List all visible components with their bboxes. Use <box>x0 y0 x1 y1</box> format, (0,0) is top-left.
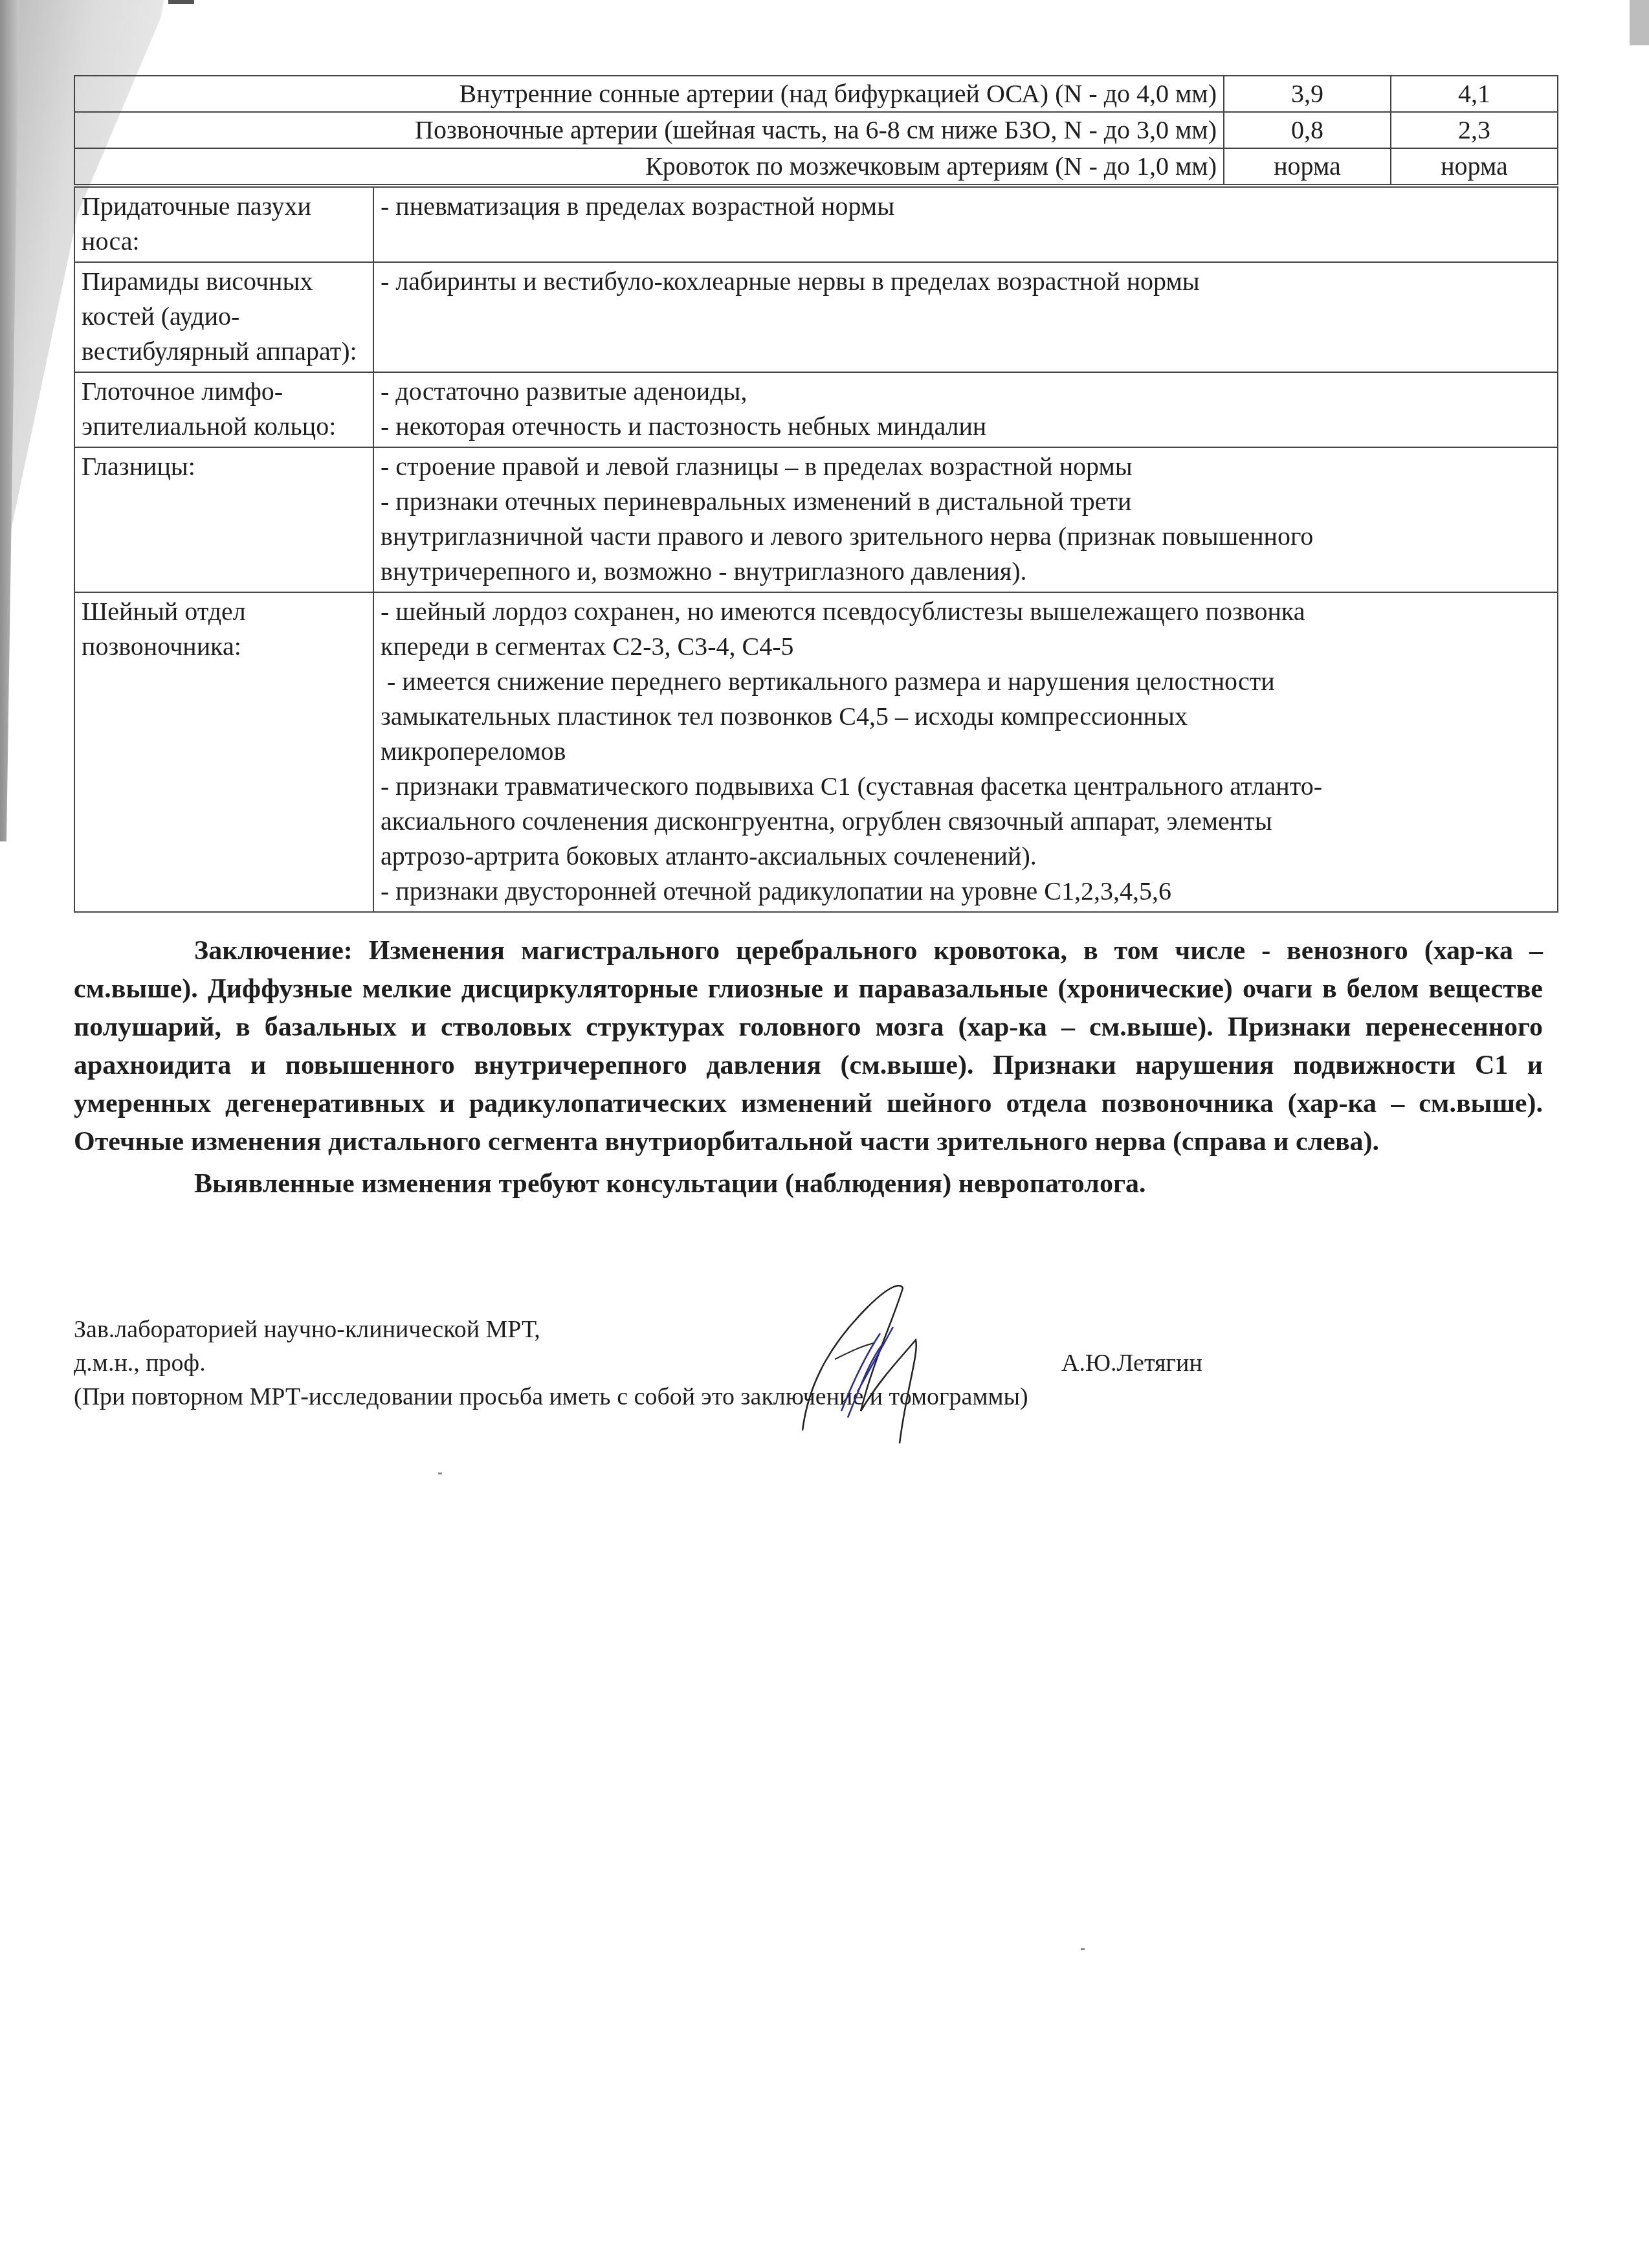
findings-area: Шейный отдел позвоночника: <box>74 592 373 912</box>
measurement-left-value: 2,3 <box>1391 112 1558 148</box>
finding-line: - строение правой и левой глазницы – в п… <box>381 449 1551 484</box>
measurement-left-value: 4,1 <box>1391 76 1558 112</box>
finding-line: - пневматизация в пределах возрастной но… <box>381 189 1551 224</box>
finding-line: - признаки двусторонней отечной радикуло… <box>381 874 1551 909</box>
area-label: Глоточное лимфо- <box>82 374 366 409</box>
signer-degree: д.м.н., проф. <box>74 1346 206 1380</box>
finding-line: - имеется снижение переднего вертикально… <box>381 664 1551 699</box>
finding-line: замыкательных пластинок тел позвонков С4… <box>381 699 1551 734</box>
table-row: Глоточное лимфо- эпителиальной кольцо: -… <box>74 372 1558 447</box>
scan-speck <box>438 1473 442 1474</box>
finding-line: - шейный лордоз сохранен, но имеются псе… <box>381 594 1551 629</box>
measurement-left-value: норма <box>1391 148 1558 184</box>
table-row: Глазницы: - строение правой и левой глаз… <box>74 447 1558 592</box>
measurement-label: Позвоночные артерии (шейная часть, на 6-… <box>74 112 1224 148</box>
finding-line: кпереди в сегментах С2-3, С3-4, С4-5 <box>381 629 1551 664</box>
area-label: Придаточные пазухи <box>82 189 366 224</box>
handwritten-signature-icon <box>796 1282 951 1450</box>
area-label: позвоночника: <box>82 629 366 664</box>
findings-area: Пирамиды височных костей (аудио- вестибу… <box>74 262 373 372</box>
conclusion-text: Заключение: Изменения магистрального цер… <box>74 932 1543 1161</box>
recommendation-text: Выявленные изменения требуют консультаци… <box>74 1165 1543 1203</box>
measurement-label: Внутренние сонные артерии (над бифуркаци… <box>74 76 1224 112</box>
area-label: Пирамиды височных <box>82 264 366 299</box>
area-label: эпителиальной кольцо: <box>82 409 366 444</box>
findings-area: Глазницы: <box>74 447 373 592</box>
measurements-table: Внутренние сонные артерии (над бифуркаци… <box>74 75 1558 185</box>
finding-line: - некоторая отечность и пастозность небн… <box>381 409 1551 444</box>
finding-line: артрозо-артрита боковых атланто-аксиальн… <box>381 839 1551 874</box>
measurement-right-value: 0,8 <box>1224 112 1391 148</box>
measurement-label: Кровоток по мозжечковым артериям (N - до… <box>74 148 1224 184</box>
area-label: вестибулярный аппарат): <box>82 334 366 369</box>
findings-text: - пневматизация в пределах возрастной но… <box>373 187 1558 262</box>
measurement-right-value: норма <box>1224 148 1391 184</box>
signer-position: Зав.лабораторией научно-клинической МРТ, <box>74 1313 540 1346</box>
scan-speck <box>1081 1948 1085 1950</box>
area-label: Глазницы: <box>82 449 366 484</box>
findings-text: - шейный лордоз сохранен, но имеются псе… <box>373 592 1558 912</box>
finding-line: внутричерепного и, возможно - внутриглаз… <box>381 554 1551 589</box>
finding-line: - признаки травматического подвывиха С1 … <box>381 769 1551 804</box>
table-row: Внутренние сонные артерии (над бифуркаци… <box>74 76 1558 112</box>
findings-text: - строение правой и левой глазницы – в п… <box>373 447 1558 592</box>
findings-table: Придаточные пазухи носа: - пневматизация… <box>74 186 1558 913</box>
area-label: Шейный отдел <box>82 594 366 629</box>
table-row: Шейный отдел позвоночника: - шейный лорд… <box>74 592 1558 912</box>
area-label: костей (аудио- <box>82 299 366 334</box>
scan-artifact <box>1630 0 1649 45</box>
table-row: Пирамиды височных костей (аудио- вестибу… <box>74 262 1558 372</box>
table-row: Кровоток по мозжечковым артериям (N - до… <box>74 148 1558 184</box>
findings-text: - лабиринты и вестибуло-кохлеарные нервы… <box>373 262 1558 372</box>
findings-area: Глоточное лимфо- эпителиальной кольцо: <box>74 372 373 447</box>
finding-line: - достаточно развитые аденоиды, <box>381 374 1551 409</box>
finding-line: - признаки отечных периневральных измене… <box>381 484 1551 519</box>
findings-area: Придаточные пазухи носа: <box>74 187 373 262</box>
table-row: Придаточные пазухи носа: - пневматизация… <box>74 187 1558 262</box>
finding-line: - лабиринты и вестибуло-кохлеарные нервы… <box>381 264 1551 299</box>
signer-name: А.Ю.Летягин <box>1061 1346 1202 1380</box>
table-row: Позвоночные артерии (шейная часть, на 6-… <box>74 112 1558 148</box>
finding-line: внутриглазничной части правого и левого … <box>381 519 1551 554</box>
findings-text: - достаточно развитые аденоиды, - некото… <box>373 372 1558 447</box>
measurement-right-value: 3,9 <box>1224 76 1391 112</box>
area-label: носа: <box>82 224 366 259</box>
finding-line: аксиального сочленения дисконгруентна, о… <box>381 804 1551 839</box>
finding-line: микропереломов <box>381 734 1551 769</box>
conclusion-section: Заключение: Изменения магистрального цер… <box>74 932 1543 1203</box>
scan-artifact <box>168 0 194 4</box>
